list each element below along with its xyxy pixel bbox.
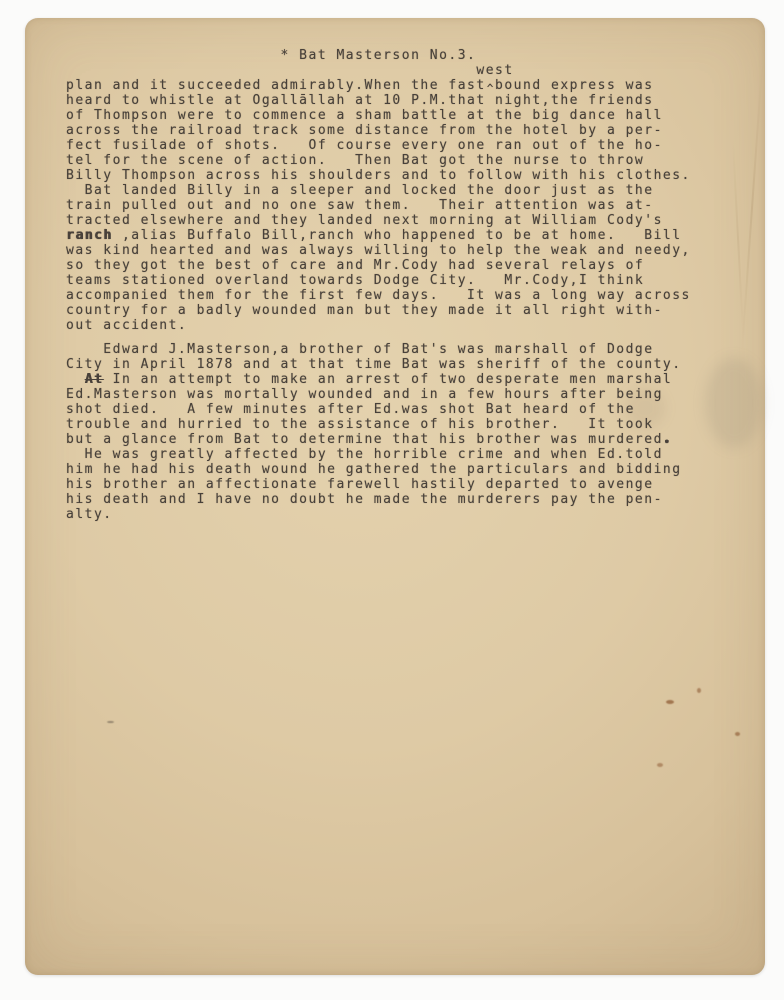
typewritten-line: accompanied them for the first few days.…	[66, 288, 691, 303]
typewritten-line: but a glance from Bat to determine that …	[66, 432, 691, 447]
typewritten-line: Edward J.Masterson,a brother of Bat's wa…	[66, 342, 691, 357]
typewritten-line: of Thompson were to commence a sham batt…	[66, 108, 691, 123]
typewritten-line: Bat landed Billy in a sleeper and locked…	[66, 183, 691, 198]
typewritten-line: tel for the scene of action. Then Bat go…	[66, 153, 691, 168]
typewritten-line: Billy Thompson across his shoulders and …	[66, 168, 691, 183]
typewritten-line: out accident.	[66, 318, 691, 333]
typewritten-line: shot died. A few minutes after Ed.was sh…	[66, 402, 691, 417]
foxing-speck	[666, 700, 674, 704]
document-title: * Bat Masterson No.3.	[66, 48, 691, 63]
typewritten-line: teams stationed overland towards Dodge C…	[66, 273, 691, 288]
paper-crease	[741, 63, 763, 352]
paper-crease	[732, 138, 744, 338]
typewritten-line: trouble and hurried to the assistance of…	[66, 417, 691, 432]
document-page: * Bat Masterson No.3. westplan and it su…	[25, 18, 765, 975]
typewritten-line: train pulled out and no one saw them. Th…	[66, 198, 691, 213]
foxing-speck	[107, 721, 114, 723]
typewritten-line: was kind hearted and was always willing …	[66, 243, 691, 258]
typewritten-line: He was greatly affected by the horrible …	[66, 447, 691, 462]
typewritten-line: tracted elsewhere and they landed next m…	[66, 213, 691, 228]
foxing-speck	[697, 688, 701, 693]
typewritten-line: him he had his death wound he gathered t…	[66, 462, 691, 477]
typewritten-line: ranch ,alias Buffalo Bill,ranch who happ…	[66, 228, 691, 243]
typed-text: * Bat Masterson No.3. westplan and it su…	[66, 48, 691, 522]
inserted-word-west: west	[66, 63, 691, 78]
typewritten-line: across the railroad track some distance …	[66, 123, 691, 138]
typewritten-line: fect fusilade of shots. Of course every …	[66, 138, 691, 153]
foxing-speck	[657, 763, 663, 767]
scanner-background: * Bat Masterson No.3. westplan and it su…	[0, 0, 784, 1000]
typewritten-line: so they got the best of care and Mr.Cody…	[66, 258, 691, 273]
typewritten-line: his death and I have no doubt he made th…	[66, 492, 691, 507]
foxing-speck	[735, 732, 740, 736]
typewritten-line: Ed.Masterson was mortally wounded and in…	[66, 387, 691, 402]
typewritten-line: alty.	[66, 507, 691, 522]
typewritten-line: plan and it succeeded admirably.When the…	[66, 78, 691, 93]
typewritten-line: country for a badly wounded man but they…	[66, 303, 691, 318]
typewritten-line: City in April 1878 and at that time Bat …	[66, 357, 691, 372]
typewritten-line: At In an attempt to make an arrest of tw…	[66, 372, 691, 387]
typewritten-line: heard to whistle at Ogallāllah at 10 P.M…	[66, 93, 691, 108]
typewritten-line: his brother an affectionate farewell has…	[66, 477, 691, 492]
smudge-stain	[705, 358, 763, 448]
